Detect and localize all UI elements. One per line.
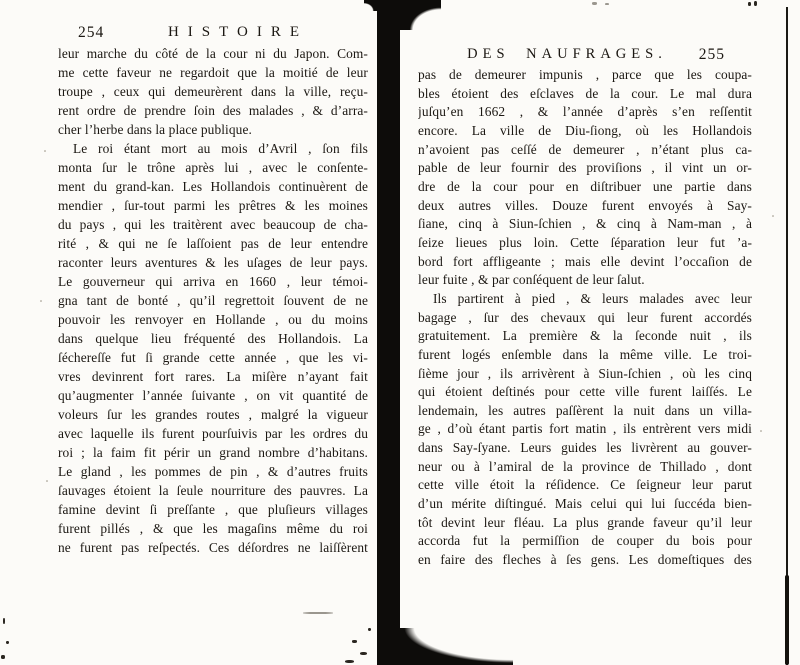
text-line: furent pillés , & que les magaſins même …	[58, 519, 368, 538]
text-line: pouvoir les renvoyer en Hollande , ou du…	[58, 310, 368, 329]
left-running-title: HISTOIRE	[158, 24, 318, 41]
text-line: neur ou à l’amiral de la province de Thi…	[418, 458, 752, 477]
left-page-number: 254	[78, 24, 104, 42]
gutter-shadow	[377, 0, 400, 665]
book-scan: 254 HISTOIRE leur marche du côté de la c…	[0, 0, 800, 665]
text-line: ſeize lieues plus loin. Cette ſéparation…	[418, 234, 752, 253]
text-line: ſième jour , ils arrivèrent à Siun-ſchie…	[418, 365, 752, 384]
gutter-shadow-bottom-flare	[399, 628, 513, 665]
text-line: avec laquelle ils furent pourſuivis par …	[58, 424, 368, 443]
text-line: leur marche du côté de la cour ni du Jap…	[58, 44, 368, 63]
noise-speckle	[368, 628, 371, 631]
text-line: d’un mérite diſtingué. Mais celui qui lu…	[418, 495, 752, 514]
text-line: roi ; la faim fit périr un grand nombre …	[58, 443, 368, 462]
noise-speckle	[754, 1, 757, 6]
text-line: pas de demeurer impunis , parce que les …	[418, 66, 752, 85]
noise-speckle	[3, 618, 5, 624]
text-line: tôt devint leur fléau. La plus grande fa…	[418, 514, 752, 533]
noise-speckle	[46, 480, 48, 482]
right-page-header: DES NAUFRAGES. 255	[418, 46, 751, 64]
text-line: voleurs ſur les grandes routes , malgré …	[58, 405, 368, 424]
page-edge-line	[786, 7, 788, 665]
text-line: qu’augmenter l’année ſuivante , on vit q…	[58, 386, 368, 405]
text-line: gratuitement. La première & la ſeconde n…	[418, 327, 752, 346]
text-line: juſqu’en 1662 , & l’année d’après s’en r…	[418, 103, 752, 122]
text-line: qui étoient deſtinés pour cette ville fu…	[418, 383, 752, 402]
text-line: lendemain, les autres paſſèrent la nuit …	[418, 402, 752, 421]
text-line: rent ordre de prendre ſoin des malades ,…	[58, 101, 368, 120]
text-line: Le gouverneur qui arriva en 1660 , leur …	[58, 272, 368, 291]
noise-speckle	[303, 612, 333, 614]
text-line: famine devint ſi preſſante , que pluſieu…	[58, 500, 368, 519]
page-edge-line-bottom	[785, 575, 789, 665]
text-line: ſéchereſſe fut ſi grande cette année , q…	[58, 348, 368, 367]
text-line: raconter leurs aventures & les uſages de…	[58, 253, 368, 272]
text-line: cette ville étoit la réſidence. Ce ſeign…	[418, 476, 752, 495]
text-line: Le roi étant mort au mois d’Avril , ſon …	[58, 139, 368, 158]
text-line: encore. La ville de Diu-ſiong, où les Ho…	[418, 122, 752, 141]
right-page-text-column: pas de demeurer impunis , parce que les …	[418, 66, 752, 570]
text-line: accorda fut la permiſſion de couper du b…	[418, 532, 752, 551]
gutter-shadow-top-left-flare	[364, 0, 377, 11]
noise-speckle	[352, 640, 357, 643]
left-page-header: 254 HISTOIRE	[58, 24, 368, 42]
right-running-title: DES NAUFRAGES.	[452, 46, 682, 63]
text-line: en faire des fleches à ſes gens. Les dom…	[418, 551, 752, 570]
left-page-text-column: leur marche du côté de la cour ni du Jap…	[58, 44, 368, 557]
text-line: dans Say-ſyane. Leurs guides les livrère…	[418, 439, 752, 458]
text-line: n’avoient pas ceſſé de demeurer , n’étan…	[418, 141, 752, 160]
text-line: bles étoient des eſclaves de la cour. Le…	[418, 85, 752, 104]
text-line: du pays , qui les traitèrent avec beauco…	[58, 215, 368, 234]
text-line: vres devinrent fort rares. La miſère n’a…	[58, 367, 368, 386]
text-line: deux autres villes. Douze furent envoyés…	[418, 197, 752, 216]
noise-speckle	[748, 2, 751, 6]
text-line: Le gland , les pommes de pin , & d’autre…	[58, 462, 368, 481]
text-line: ge , d’où étant partis fort matin , ils …	[418, 420, 752, 439]
text-line: ne furent pas reſpectés. Ces déſordres n…	[58, 538, 368, 557]
noise-speckle	[345, 660, 354, 663]
text-line: me cette faveur ne regardoit que la moit…	[58, 63, 368, 82]
text-line: mendier , ſur-tout parmi les prêtres & l…	[58, 196, 368, 215]
text-line: gna tant de bonté , qu’il regrettoit ſou…	[58, 291, 368, 310]
text-line: monta ſur le trône après lui , avec le c…	[58, 158, 368, 177]
text-line: dans quelque lieu fréquenté des Hollando…	[58, 329, 368, 348]
noise-speckle	[6, 641, 9, 644]
noise-speckle	[605, 3, 609, 5]
text-line: ſauvages étoient la ſeule nourriture des…	[58, 481, 368, 500]
text-line: troupe , ceux qui demeurèrent dans la vi…	[58, 82, 368, 101]
gutter-shadow-top-flare	[399, 0, 441, 30]
text-line: pable de leur fournir des proviſions , i…	[418, 159, 752, 178]
right-page-number: 255	[699, 46, 725, 64]
noise-speckle	[1, 655, 5, 659]
text-line: ſiane, cinq à Siun-ſchien , & cinq à Nam…	[418, 215, 752, 234]
text-line: ment du grand-kan. Les Hollandois contin…	[58, 177, 368, 196]
text-line: furent logés enſemble dans la même ville…	[418, 346, 752, 365]
text-line: Ils partirent à pied , & leurs malades a…	[418, 290, 752, 309]
noise-speckle	[592, 2, 597, 5]
text-line: bord fort affligeante ; mais elle devint…	[418, 253, 752, 272]
noise-speckle	[772, 215, 774, 217]
text-line: rité , & qui ne ſe laſſoient pas de leur…	[58, 234, 368, 253]
noise-speckle	[44, 150, 46, 152]
noise-speckle	[360, 652, 367, 655]
text-line: bagage , ſur des chevaux qui leur furent…	[418, 309, 752, 328]
noise-speckle	[40, 300, 42, 302]
noise-speckle	[760, 430, 762, 432]
text-line: dre de la cour pour en diſtribuer une pa…	[418, 178, 752, 197]
text-line: leur fuite , & par conſéquent de leur ſa…	[418, 271, 752, 290]
text-line: cher l’herbe dans la place publique.	[58, 120, 368, 139]
